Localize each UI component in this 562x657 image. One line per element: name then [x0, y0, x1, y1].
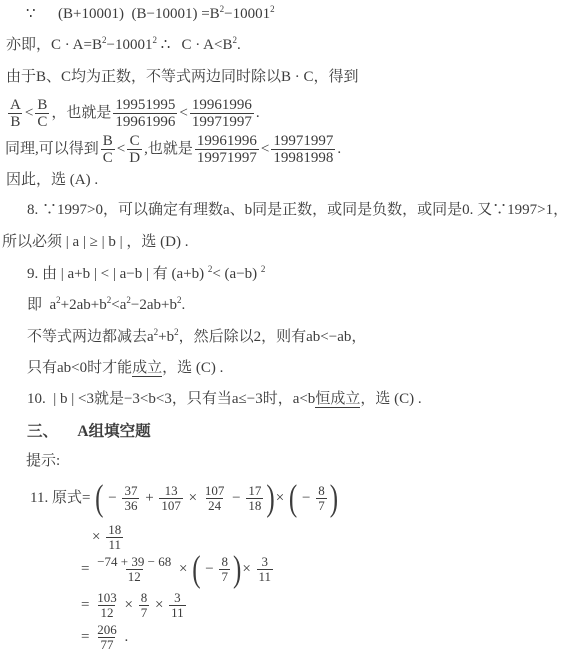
text-run: × [151, 597, 167, 614]
hints-label-line: 提示: [26, 453, 60, 470]
text-run: 三、 A组填空题 [27, 423, 151, 440]
text-run: . [256, 105, 260, 122]
fraction-denominator: 107 [159, 498, 183, 513]
fraction: 13107 [159, 484, 183, 513]
fraction-numerator: 8 [316, 484, 327, 498]
fraction-inequality-line-2: 同理,可以得到BC<CD,也就是1996199619971997<1997199… [5, 133, 341, 166]
text-run: 即 a [27, 297, 56, 313]
fraction: AB [8, 97, 23, 130]
fraction-numerator: 3 [260, 555, 271, 569]
fraction-numerator: 8 [139, 591, 150, 605]
fraction-numerator: 107 [203, 484, 227, 498]
superscript: 2 [261, 264, 266, 274]
fraction: 311 [169, 591, 186, 620]
fraction-numerator: 37 [122, 484, 139, 498]
fraction-denominator: 7 [316, 498, 327, 513]
problem-11-step-1-line: 11. 原式= ( − 3736 + 13107 × 10724 − 1718)… [30, 484, 339, 513]
fraction-numerator: 19961996 [195, 133, 259, 149]
fraction: 311 [257, 555, 274, 584]
fraction-numerator: 17 [246, 484, 263, 498]
fraction: 1718 [246, 484, 263, 513]
text-run: ，选 (C) . [162, 360, 223, 376]
text-run: 10. | b | <3就是−3<b<3，只有当a≤−3时，a<b [27, 391, 315, 407]
text-run: = [81, 597, 93, 614]
fraction-numerator: 19961996 [190, 97, 254, 113]
fraction-denominator: C [101, 149, 115, 166]
text-run: < (a−b) [212, 266, 261, 282]
problem-9-answer-line: 只有ab<0时才能成立，选 (C) . [27, 360, 223, 377]
fraction-numerator: B [35, 97, 49, 113]
text-run: ∴ C · A<B [157, 37, 233, 53]
big-left-paren: ( [289, 480, 297, 518]
text-run: = [81, 629, 93, 646]
problem-10-solution-line: 10. | b | <3就是−3<b<3，只有当a≤−3时，a<b恒成立，选 (… [27, 391, 422, 408]
text-run: . [121, 629, 129, 646]
text-run: +2ab+b [61, 297, 107, 313]
text-run: −2ab+b [131, 297, 177, 313]
fraction-denominator: 7 [219, 569, 230, 584]
fraction: 87 [219, 555, 230, 584]
big-right-paren: ) [266, 480, 274, 518]
problem-11-result-line: = 20677 . [81, 623, 128, 652]
fraction: −74 + 39 − 6812 [95, 555, 173, 584]
problem-8-solution-line-2: 所以必须 | a | ≥ | b | ，选 (D) . [2, 234, 188, 251]
text-run: ,也就是 [144, 141, 193, 158]
fraction: 1995199519961996 [113, 97, 177, 130]
fraction-numerator: 8 [219, 555, 230, 569]
fraction: BC [101, 133, 115, 166]
text-run: <a [111, 297, 126, 313]
fraction-denominator: 7 [139, 605, 150, 620]
fraction-denominator: 18 [246, 498, 263, 513]
fraction-numerator: C [128, 133, 142, 149]
fraction: 1811 [106, 523, 123, 552]
fraction-numerator: B [101, 133, 115, 149]
conclusion-ca-line: 亦即，C · A=B2−100012 ∴ C · A<B2. [6, 37, 241, 54]
text-run: ，然后除以2，则有ab<−ab， [179, 329, 367, 345]
big-left-paren: ( [95, 480, 103, 518]
divide-both-sides-line: 由于B、C均为正数，不等式两边同时除以B · C，得到 [6, 69, 359, 86]
fraction-denominator: 77 [98, 637, 115, 652]
answer-problem-7-line: 因此，选 (A) . [6, 172, 98, 189]
fraction-numerator: 19971997 [271, 133, 335, 149]
fraction-numerator: 13 [163, 484, 180, 498]
text-run: < [25, 105, 33, 122]
text-run: 由于B、C均为正数，不等式两边同时除以B · C，得到 [6, 69, 359, 85]
fraction-denominator: 19971997 [190, 113, 254, 130]
text-run: − [228, 490, 244, 507]
fraction-denominator: D [127, 149, 142, 166]
document-page: ∵ (B+10001) (B−10001) =B2−100012亦即，C · A… [0, 0, 562, 657]
text-run: = [81, 561, 93, 578]
text-run: < [179, 105, 187, 122]
fraction-numerator: 18 [106, 523, 123, 537]
problem-8-solution-line-1: 8. ∵1997>0，可以确定有理数a、b同是正数，或同是负数，或同是0. 又∵… [27, 202, 562, 219]
fraction-denominator: 12 [98, 605, 115, 620]
text-run: 不等式两边都减去a [27, 329, 154, 345]
big-right-paren: ) [233, 551, 241, 589]
fraction-numerator: A [8, 97, 23, 113]
fraction: 20677 [95, 623, 119, 652]
big-right-paren: ) [330, 480, 338, 518]
fraction-numerator: 103 [95, 591, 119, 605]
fraction: BC [35, 97, 49, 130]
text-run: < [117, 141, 125, 158]
text-run: − [202, 561, 218, 578]
text-run: + [141, 490, 157, 507]
underlined-text-run: 成立 [132, 360, 162, 377]
text-run: × [92, 529, 104, 546]
text-run: × [242, 561, 254, 578]
problem-9-step-2-line: 即 a2+2ab+b2<a2−2ab+b2. [27, 297, 185, 314]
superscript: 2 [270, 4, 275, 14]
text-run: < [261, 141, 269, 158]
text-run: . [181, 297, 185, 313]
fraction-denominator: 11 [169, 605, 186, 620]
fraction-numerator: 19951995 [113, 97, 177, 113]
text-run: ，选 (C) . [360, 391, 421, 407]
text-run: 所以必须 | a | ≥ | b | ，选 (D) . [2, 234, 188, 250]
fraction-denominator: 24 [206, 498, 223, 513]
fraction: 3736 [122, 484, 139, 513]
fraction: 10312 [95, 591, 119, 620]
fraction-denominator: 12 [126, 569, 143, 584]
section-heading-line: 三、 A组填空题 [27, 423, 151, 440]
text-run: × [276, 490, 288, 507]
text-run: 8. ∵1997>0，可以确定有理数a、b同是正数，或同是负数，或同是0. 又∵… [27, 202, 562, 218]
problem-11-step-2-line: × 1811 [92, 523, 125, 552]
fraction-numerator: 206 [95, 623, 119, 637]
text-run: +b [158, 329, 174, 345]
fraction: 1996199619971997 [195, 133, 259, 166]
fraction-denominator: 11 [257, 569, 274, 584]
fraction: 1997199719981998 [271, 133, 335, 166]
text-run: . [337, 141, 341, 158]
text-run: × [175, 561, 191, 578]
fraction-denominator: 19961996 [113, 113, 177, 130]
problem-11-step-4-line: = 10312 × 87 × 311 [81, 591, 188, 620]
fraction-denominator: C [35, 113, 49, 130]
text-run: − [298, 490, 314, 507]
text-run: 提示: [26, 453, 60, 469]
underlined-text-run: 恒成立 [315, 391, 360, 408]
fraction: CD [127, 133, 142, 166]
text-run: − [104, 490, 120, 507]
expansion-identity-line: ∵ (B+10001) (B−10001) =B2−100012 [26, 6, 275, 23]
text-run: 亦即，C · A=B [6, 37, 102, 53]
fraction-denominator: 36 [122, 498, 139, 513]
problem-9-step-3-line: 不等式两边都减去a2+b2，然后除以2，则有ab<−ab， [27, 329, 366, 346]
problem-9-step-1-line: 9. 由 | a+b | < | a−b | 有 (a+b) 2< (a−b) … [27, 266, 265, 283]
text-run: 因此，选 (A) . [6, 172, 98, 188]
text-run: −10001 [224, 6, 270, 22]
text-run: × [121, 597, 137, 614]
fraction: 1996199619971997 [190, 97, 254, 130]
fraction-denominator: 19971997 [195, 149, 259, 166]
fraction: 10724 [203, 484, 227, 513]
fraction: 87 [139, 591, 150, 620]
text-run: 11. 原式= [30, 490, 94, 507]
text-run: ，也就是 [51, 105, 111, 122]
text-run: . [237, 37, 241, 53]
text-run: ∵ (B+10001) (B−10001) =B [26, 6, 220, 22]
big-left-paren: ( [192, 551, 200, 589]
fraction: 87 [316, 484, 327, 513]
fraction-denominator: 11 [106, 537, 123, 552]
fraction-numerator: −74 + 39 − 68 [95, 555, 173, 569]
text-run: × [185, 490, 201, 507]
fraction-denominator: 19981998 [271, 149, 335, 166]
fraction-denominator: B [8, 113, 22, 130]
text-run: 同理,可以得到 [5, 141, 99, 158]
fraction-inequality-line-1: AB<BC，也就是1995199519961996<19961996199719… [6, 97, 260, 130]
text-run: 只有ab<0时才能 [27, 360, 132, 376]
text-run: −10001 [106, 37, 152, 53]
problem-11-step-3-line: = −74 + 39 − 6812 × ( − 87)× 311 [81, 555, 275, 584]
text-run: 9. 由 | a+b | < | a−b | 有 (a+b) [27, 266, 208, 282]
fraction-numerator: 3 [172, 591, 183, 605]
